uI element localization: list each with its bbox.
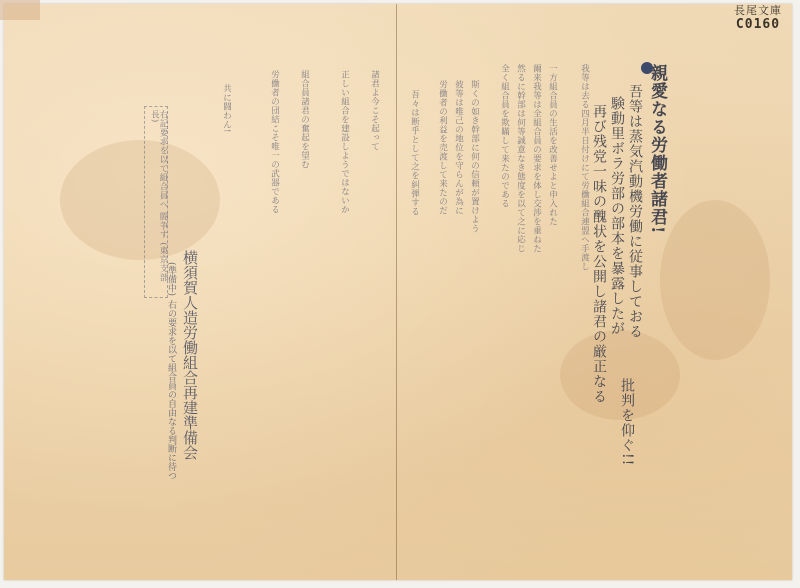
body-column: 組合員諸君の奮起を望む	[300, 70, 309, 430]
body-column: 正しい組合を建設しようではないか	[340, 70, 349, 500]
archive-code: C0160	[722, 17, 794, 32]
body-column: 一方組合員の生活を改善せよと申入れた	[548, 64, 557, 424]
body-column: 諸君よ今こそ起って	[370, 70, 379, 500]
body-column: 共に闘わん!	[222, 84, 231, 344]
paper-stain	[60, 140, 220, 260]
headline-title: 親愛なる労働者諸君!	[648, 64, 665, 234]
signature-sub: (準備中)	[166, 262, 175, 296]
paper-tear	[0, 0, 40, 20]
paper-stain	[660, 200, 770, 360]
archive-stamp: 長尾文庫 C0160	[722, 2, 794, 32]
center-fold	[396, 4, 397, 580]
signature-org: 横須賀人造労働組合再建準備会	[182, 250, 197, 460]
body-column: 全く組合員を欺瞞して来たのである	[500, 64, 509, 424]
boxed-note: 右記要求を以て組合員へ 闘争す (東京支部長)	[150, 110, 167, 290]
archive-name: 長尾文庫	[722, 2, 794, 18]
headline-line: 吾等は蒸気汽動機労働に従事しておる	[628, 84, 642, 339]
body-column: 労働者の団結こそ唯一の武器である	[270, 70, 279, 400]
signature-sub: 右の要求を以て組合員の自由なる判断に待つ	[166, 300, 175, 500]
body-column: 然るに幹部は何等誠意なき態度を以て之に応じ	[516, 64, 525, 424]
body-column: 我等は去る四月半日付けにて労働組合連盟へ手渡し	[580, 64, 589, 484]
headline-line: 批判を仰ぐ!!	[620, 378, 634, 466]
body-column: 労働者の利益を売渡して来たのだ	[438, 80, 447, 500]
body-column: 斯くの如き幹部に何の信頼が置けよう	[470, 80, 479, 500]
headline-line: 再び残党一味の醜状を公開し諸君の厳正なる	[592, 104, 606, 404]
body-column: 彼等は唯己の地位を守らんが為に	[454, 80, 463, 500]
body-column: 爾来我等は全組合員の要求を体し交渉を重ねた	[532, 64, 541, 424]
headline-line: 験動里ボラ労部の部本を暴露したが	[610, 96, 624, 336]
body-column: 吾々は断乎として之を糾弾する	[410, 90, 419, 510]
